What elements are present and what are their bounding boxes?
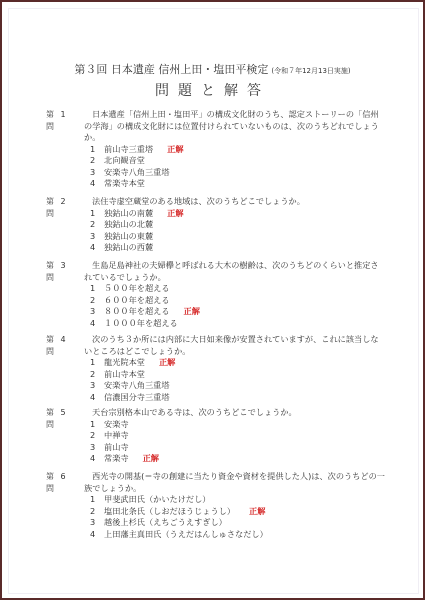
question-number: 第 1 問 [46,109,82,132]
option-number: 4 [90,392,104,404]
option-item: 4信濃国分寺三重塔 [90,392,386,404]
option-number: 4 [90,529,104,541]
option-label: 常楽寺本堂 [104,178,145,188]
question-2: 第 2 問 法住寺虚空蔵堂のある地域は、次のうちどこでしょうか。 1独鈷山の南麓… [46,196,386,254]
option-number: 3 [90,517,104,529]
question-text: 天台宗別格本山である寺は、次のうちどこでしょうか。 [84,407,386,419]
option-number: 4 [90,242,104,254]
option-item: 4常楽寺正解 [90,453,386,465]
option-label: 常楽寺 [104,453,129,463]
option-item: 4独鈷山の西麓 [90,242,386,254]
option-number: 3 [90,306,104,318]
option-number: 4 [90,318,104,330]
option-label: １０００年を超える [104,318,178,328]
option-item: 1甲斐武田氏（かいたけだし） [90,494,386,506]
question-text: 法住寺虚空蔵堂のある地域は、次のうちどこでしょうか。 [84,196,386,208]
option-number: 1 [90,357,104,369]
correct-mark: 正解 [143,453,159,463]
option-item: 2中禅寺 [90,430,386,442]
option-item: 2塩田北条氏（しおだほうじょうし）正解 [90,506,386,518]
option-number: 2 [90,430,104,442]
question-text: 生島足島神社の夫婦欅と呼ばれる大木の樹齢は、次のうちどのくらいと推定されているで… [84,260,386,283]
correct-mark: 正解 [159,357,175,367]
option-number: 1 [90,144,104,156]
option-item: 1５００年を超える [90,283,386,295]
option-number: 1 [90,283,104,295]
option-item: 3８００年を超える正解 [90,306,386,318]
question-3: 第 3 問 生島足島神社の夫婦欅と呼ばれる大木の樹齢は、次のうちどのくらいと推定… [46,260,386,329]
option-label: 安楽寺 [104,419,129,429]
option-item: 4上田藩主真田氏（うえだはんしゅさなだし） [90,529,386,541]
question-1: 第 1 問 日本遺産「信州上田・塩田平」の構成文化財のうち、認定ストーリーの「信… [46,109,386,190]
question-number: 第 5 問 [46,407,82,430]
question-5: 第 5 問 天台宗別格本山である寺は、次のうちどこでしょうか。 1安楽寺 2中禅… [46,407,386,465]
option-number: 2 [90,295,104,307]
question-number: 第 4 問 [46,334,82,357]
options-list: 1５００年を超える 2６００年を超える 3８００年を超える正解 4１０００年を超… [90,283,386,329]
title-text: 第３回 日本遺産 信州上田・塩田平検定 [74,63,268,76]
question-text: 次のうち３か所には内部に大日如来像が安置されていますが、これに該当しないところは… [84,334,386,357]
option-label: 独鈷山の西麓 [104,242,153,252]
option-item: 4常楽寺本堂 [90,178,386,190]
option-label: 独鈷山の東麓 [104,231,153,241]
option-label: 前山寺三重塔 [104,144,153,154]
option-item: 1安楽寺 [90,419,386,431]
option-label: ６００年を超える [104,295,170,305]
option-item: 1前山寺三重塔正解 [90,144,386,156]
option-number: 3 [90,231,104,243]
options-list: 1安楽寺 2中禅寺 3前山寺 4常楽寺正解 [90,419,386,465]
question-6: 第 6 問 西光寺の開基(＝寺の創建に当たり資金や資材を提供した人)は、次のうち… [46,471,386,540]
option-number: 2 [90,506,104,518]
option-item: 2独鈷山の北麓 [90,219,386,231]
option-number: 2 [90,219,104,231]
exam-date: (令和７年12月13日実施) [271,67,350,75]
option-number: 1 [90,419,104,431]
option-number: 4 [90,178,104,190]
page-heading: 問題と解答 [0,80,425,100]
option-label: 龍光院本堂 [104,357,145,367]
question-number: 第 2 問 [46,196,82,219]
option-item: 3前山寺 [90,442,386,454]
option-label: ５００年を超える [104,283,170,293]
correct-mark: 正解 [184,306,200,316]
option-number: 2 [90,369,104,381]
question-number: 第 6 問 [46,471,82,494]
document-title: 第３回 日本遺産 信州上田・塩田平検定(令和７年12月13日実施) [0,61,425,77]
option-label: 安楽寺八角三重塔 [104,380,170,390]
option-label: 越後上杉氏（えちごうえすぎし） [104,517,227,527]
option-item: 1独鈷山の南麓正解 [90,208,386,220]
correct-mark: 正解 [167,208,183,218]
option-label: 前山寺本堂 [104,369,145,379]
question-text: 日本遺産「信州上田・塩田平」の構成文化財のうち、認定ストーリーの「信州の学海」の… [84,109,386,144]
question-text: 西光寺の開基(＝寺の創建に当たり資金や資材を提供した人)は、次のうちどの一族でし… [84,471,386,494]
option-item: 3安楽寺八角三重塔 [90,167,386,179]
question-number: 第 3 問 [46,260,82,283]
options-list: 1甲斐武田氏（かいたけだし） 2塩田北条氏（しおだほうじょうし）正解 3越後上杉… [90,494,386,540]
option-label: ８００年を超える [104,306,170,316]
options-list: 1龍光院本堂正解 2前山寺本堂 3安楽寺八角三重塔 4信濃国分寺三重塔 [90,357,386,403]
option-item: 2６００年を超える [90,295,386,307]
option-label: 信濃国分寺三重塔 [104,392,170,402]
option-item: 3独鈷山の東麓 [90,231,386,243]
option-label: 安楽寺八角三重塔 [104,167,170,177]
option-item: 1龍光院本堂正解 [90,357,386,369]
option-label: 北向観音堂 [104,155,145,165]
option-number: 4 [90,453,104,465]
option-label: 上田藩主真田氏（うえだはんしゅさなだし） [104,529,268,539]
option-label: 中禅寺 [104,430,129,440]
option-label: 独鈷山の南麓 [104,208,153,218]
option-item: 2北向観音堂 [90,155,386,167]
option-item: 3安楽寺八角三重塔 [90,380,386,392]
option-number: 2 [90,155,104,167]
option-label: 前山寺 [104,442,129,452]
option-item: 4１０００年を超える [90,318,386,330]
correct-mark: 正解 [167,144,183,154]
option-item: 2前山寺本堂 [90,369,386,381]
correct-mark: 正解 [249,506,265,516]
options-list: 1独鈷山の南麓正解 2独鈷山の北麓 3独鈷山の東麓 4独鈷山の西麓 [90,208,386,254]
question-4: 第 4 問 次のうち３か所には内部に大日如来像が安置されていますが、これに該当し… [46,334,386,403]
option-number: 3 [90,380,104,392]
option-label: 塩田北条氏（しおだほうじょうし） [104,506,235,516]
option-label: 甲斐武田氏（かいたけだし） [104,494,210,504]
option-number: 1 [90,208,104,220]
option-item: 3越後上杉氏（えちごうえすぎし） [90,517,386,529]
option-number: 3 [90,442,104,454]
options-list: 1前山寺三重塔正解 2北向観音堂 3安楽寺八角三重塔 4常楽寺本堂 [90,144,386,190]
option-label: 独鈷山の北麓 [104,219,153,229]
option-number: 3 [90,167,104,179]
option-number: 1 [90,494,104,506]
